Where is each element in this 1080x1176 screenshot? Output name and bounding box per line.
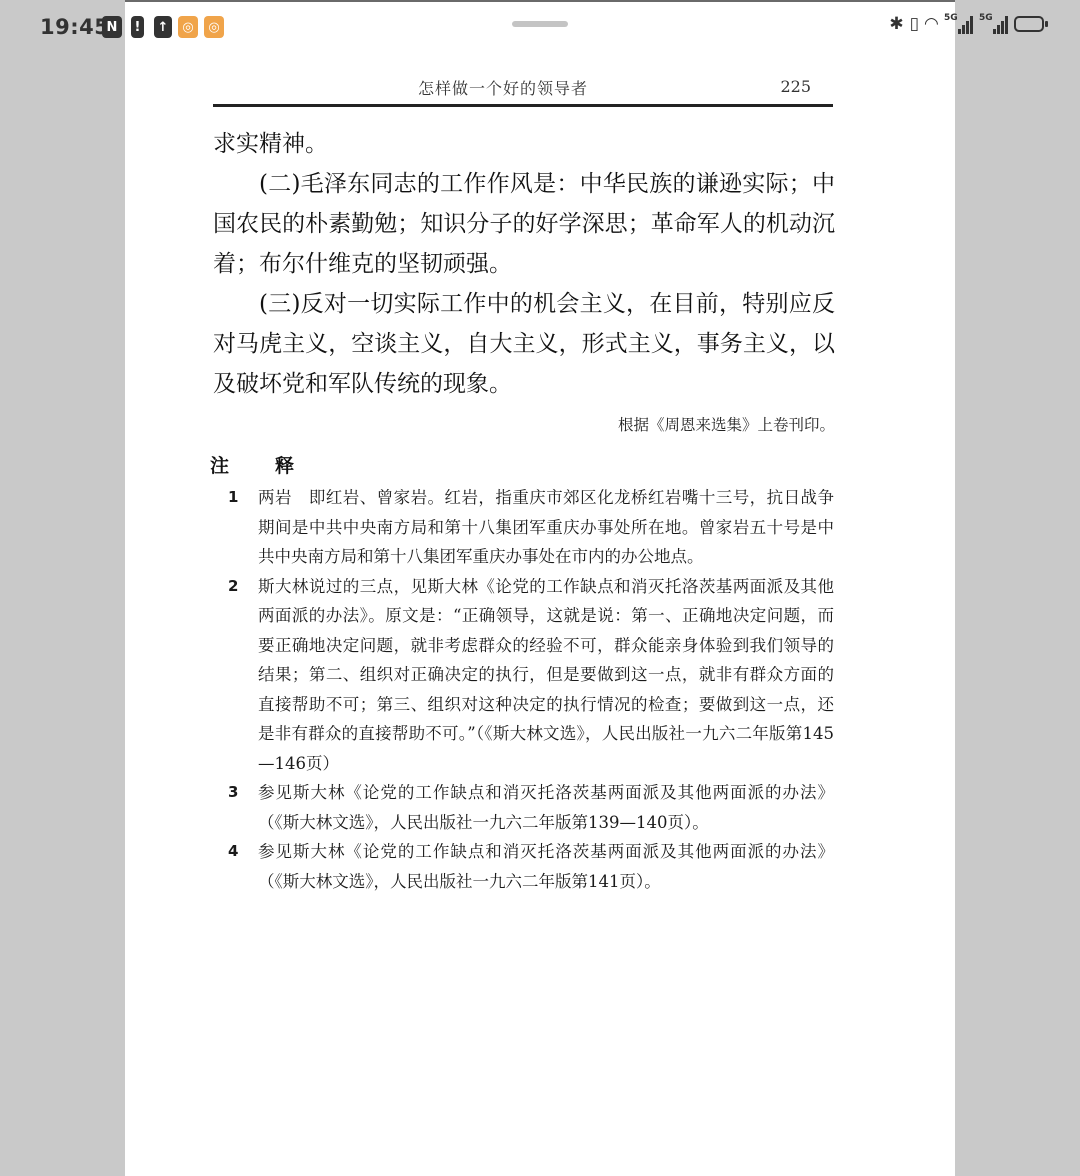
note-text: 参见斯大林《论党的工作缺点和消灭托洛茨基两面派及其他两面派的办法》（《斯大林文选… (258, 783, 834, 832)
status-bar: 19:45 N ! ↑ ◎ ◎ ✱ ▯ ◠ 5G 5G (0, 0, 1080, 56)
bluetooth-icon: ✱ (889, 14, 903, 34)
note-number: 3 (228, 778, 238, 808)
chapter-title: 怎样做一个好的领导者 (418, 76, 588, 99)
note-number: 4 (228, 837, 238, 867)
note-number: 1 (228, 483, 238, 513)
signal-5g-sim1-icon: 5G (944, 14, 973, 34)
note-item: 3 参见斯大林《论党的工作缺点和消灭托洛茨基两面派及其他两面派的办法》（《斯大林… (228, 778, 834, 837)
nfc-icon: N (102, 16, 122, 38)
running-header: 怎样做一个好的领导者 225 (213, 70, 833, 107)
battery-icon (1014, 16, 1044, 32)
signal-5g-sim2-icon: 5G (979, 14, 1008, 34)
app-notification-icon: ◎ (204, 16, 224, 38)
body-text: 求实精神。 (二)毛泽东同志的工作作风是：中华民族的谦逊实际；中国农民的朴素勤勉… (213, 124, 835, 404)
wifi-icon: ◠ (925, 14, 938, 34)
paragraph: 求实精神。 (213, 124, 835, 164)
note-item: 1 两岩 即红岩、曾家岩。红岩，指重庆市郊区化龙桥红岩嘴十三号，抗日战争期间是中… (228, 483, 834, 572)
alert-icon: ! (131, 16, 144, 38)
note-item: 4 参见斯大林《论党的工作缺点和消灭托洛茨基两面派及其他两面派的办法》（《斯大林… (228, 837, 834, 896)
system-icons: ✱ ▯ ◠ 5G 5G (889, 14, 1044, 34)
note-number: 2 (228, 572, 238, 602)
vibrate-icon: ▯ (910, 14, 919, 34)
note-text: 两岩 即红岩、曾家岩。红岩，指重庆市郊区化龙桥红岩嘴十三号，抗日战争期间是中共中… (258, 488, 834, 566)
drag-handle[interactable] (512, 21, 568, 27)
notes-list: 1 两岩 即红岩、曾家岩。红岩，指重庆市郊区化龙桥红岩嘴十三号，抗日战争期间是中… (228, 483, 834, 896)
paragraph: (三)反对一切实际工作中的机会主义，在目前，特别应反对马虎主义，空谈主义，自大主… (213, 284, 835, 404)
notes-heading: 注释 (210, 451, 294, 478)
clock: 19:45 (40, 15, 109, 39)
note-text: 参见斯大林《论党的工作缺点和消灭托洛茨基两面派及其他两面派的办法》（《斯大林文选… (258, 842, 834, 891)
paragraph: (二)毛泽东同志的工作作风是：中华民族的谦逊实际；中国农民的朴素勤勉；知识分子的… (213, 164, 835, 284)
page-number: 225 (780, 77, 811, 96)
note-item: 2 斯大林说过的三点，见斯大林《论党的工作缺点和消灭托洛茨基两面派及其他两面派的… (228, 572, 834, 779)
upload-icon: ↑ (154, 16, 172, 38)
source-note: 根据《周恩来选集》上卷刊印。 (618, 413, 835, 435)
app-notification-icon: ◎ (178, 16, 198, 38)
note-text: 斯大林说过的三点，见斯大林《论党的工作缺点和消灭托洛茨基两面派及其他两面派的办法… (258, 577, 834, 773)
